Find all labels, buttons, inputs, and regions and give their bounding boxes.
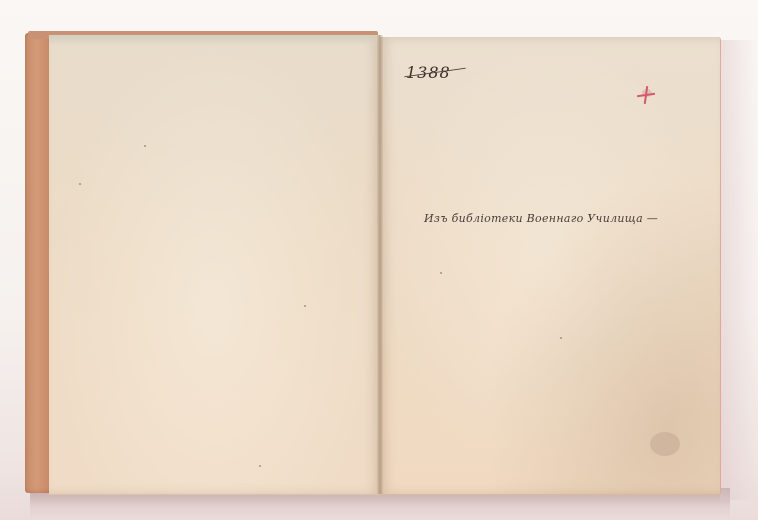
paper-speck bbox=[79, 183, 81, 185]
side-shadow bbox=[720, 40, 758, 500]
paper-stain bbox=[650, 432, 680, 456]
library-inscription: Изъ библіотеки Военнаго Училища — bbox=[424, 212, 694, 225]
book-photo: 1388 Изъ библіотеки Военнаго Училища — bbox=[0, 0, 758, 520]
paper-speck bbox=[259, 465, 261, 467]
left-page bbox=[49, 35, 380, 495]
book-gutter bbox=[377, 35, 383, 494]
paper-speck bbox=[560, 337, 562, 339]
red-cross-mark-icon bbox=[637, 86, 655, 104]
paper-speck bbox=[144, 145, 146, 147]
paper-speck bbox=[440, 272, 442, 274]
paper-speck bbox=[304, 305, 306, 307]
right-page bbox=[380, 37, 721, 495]
